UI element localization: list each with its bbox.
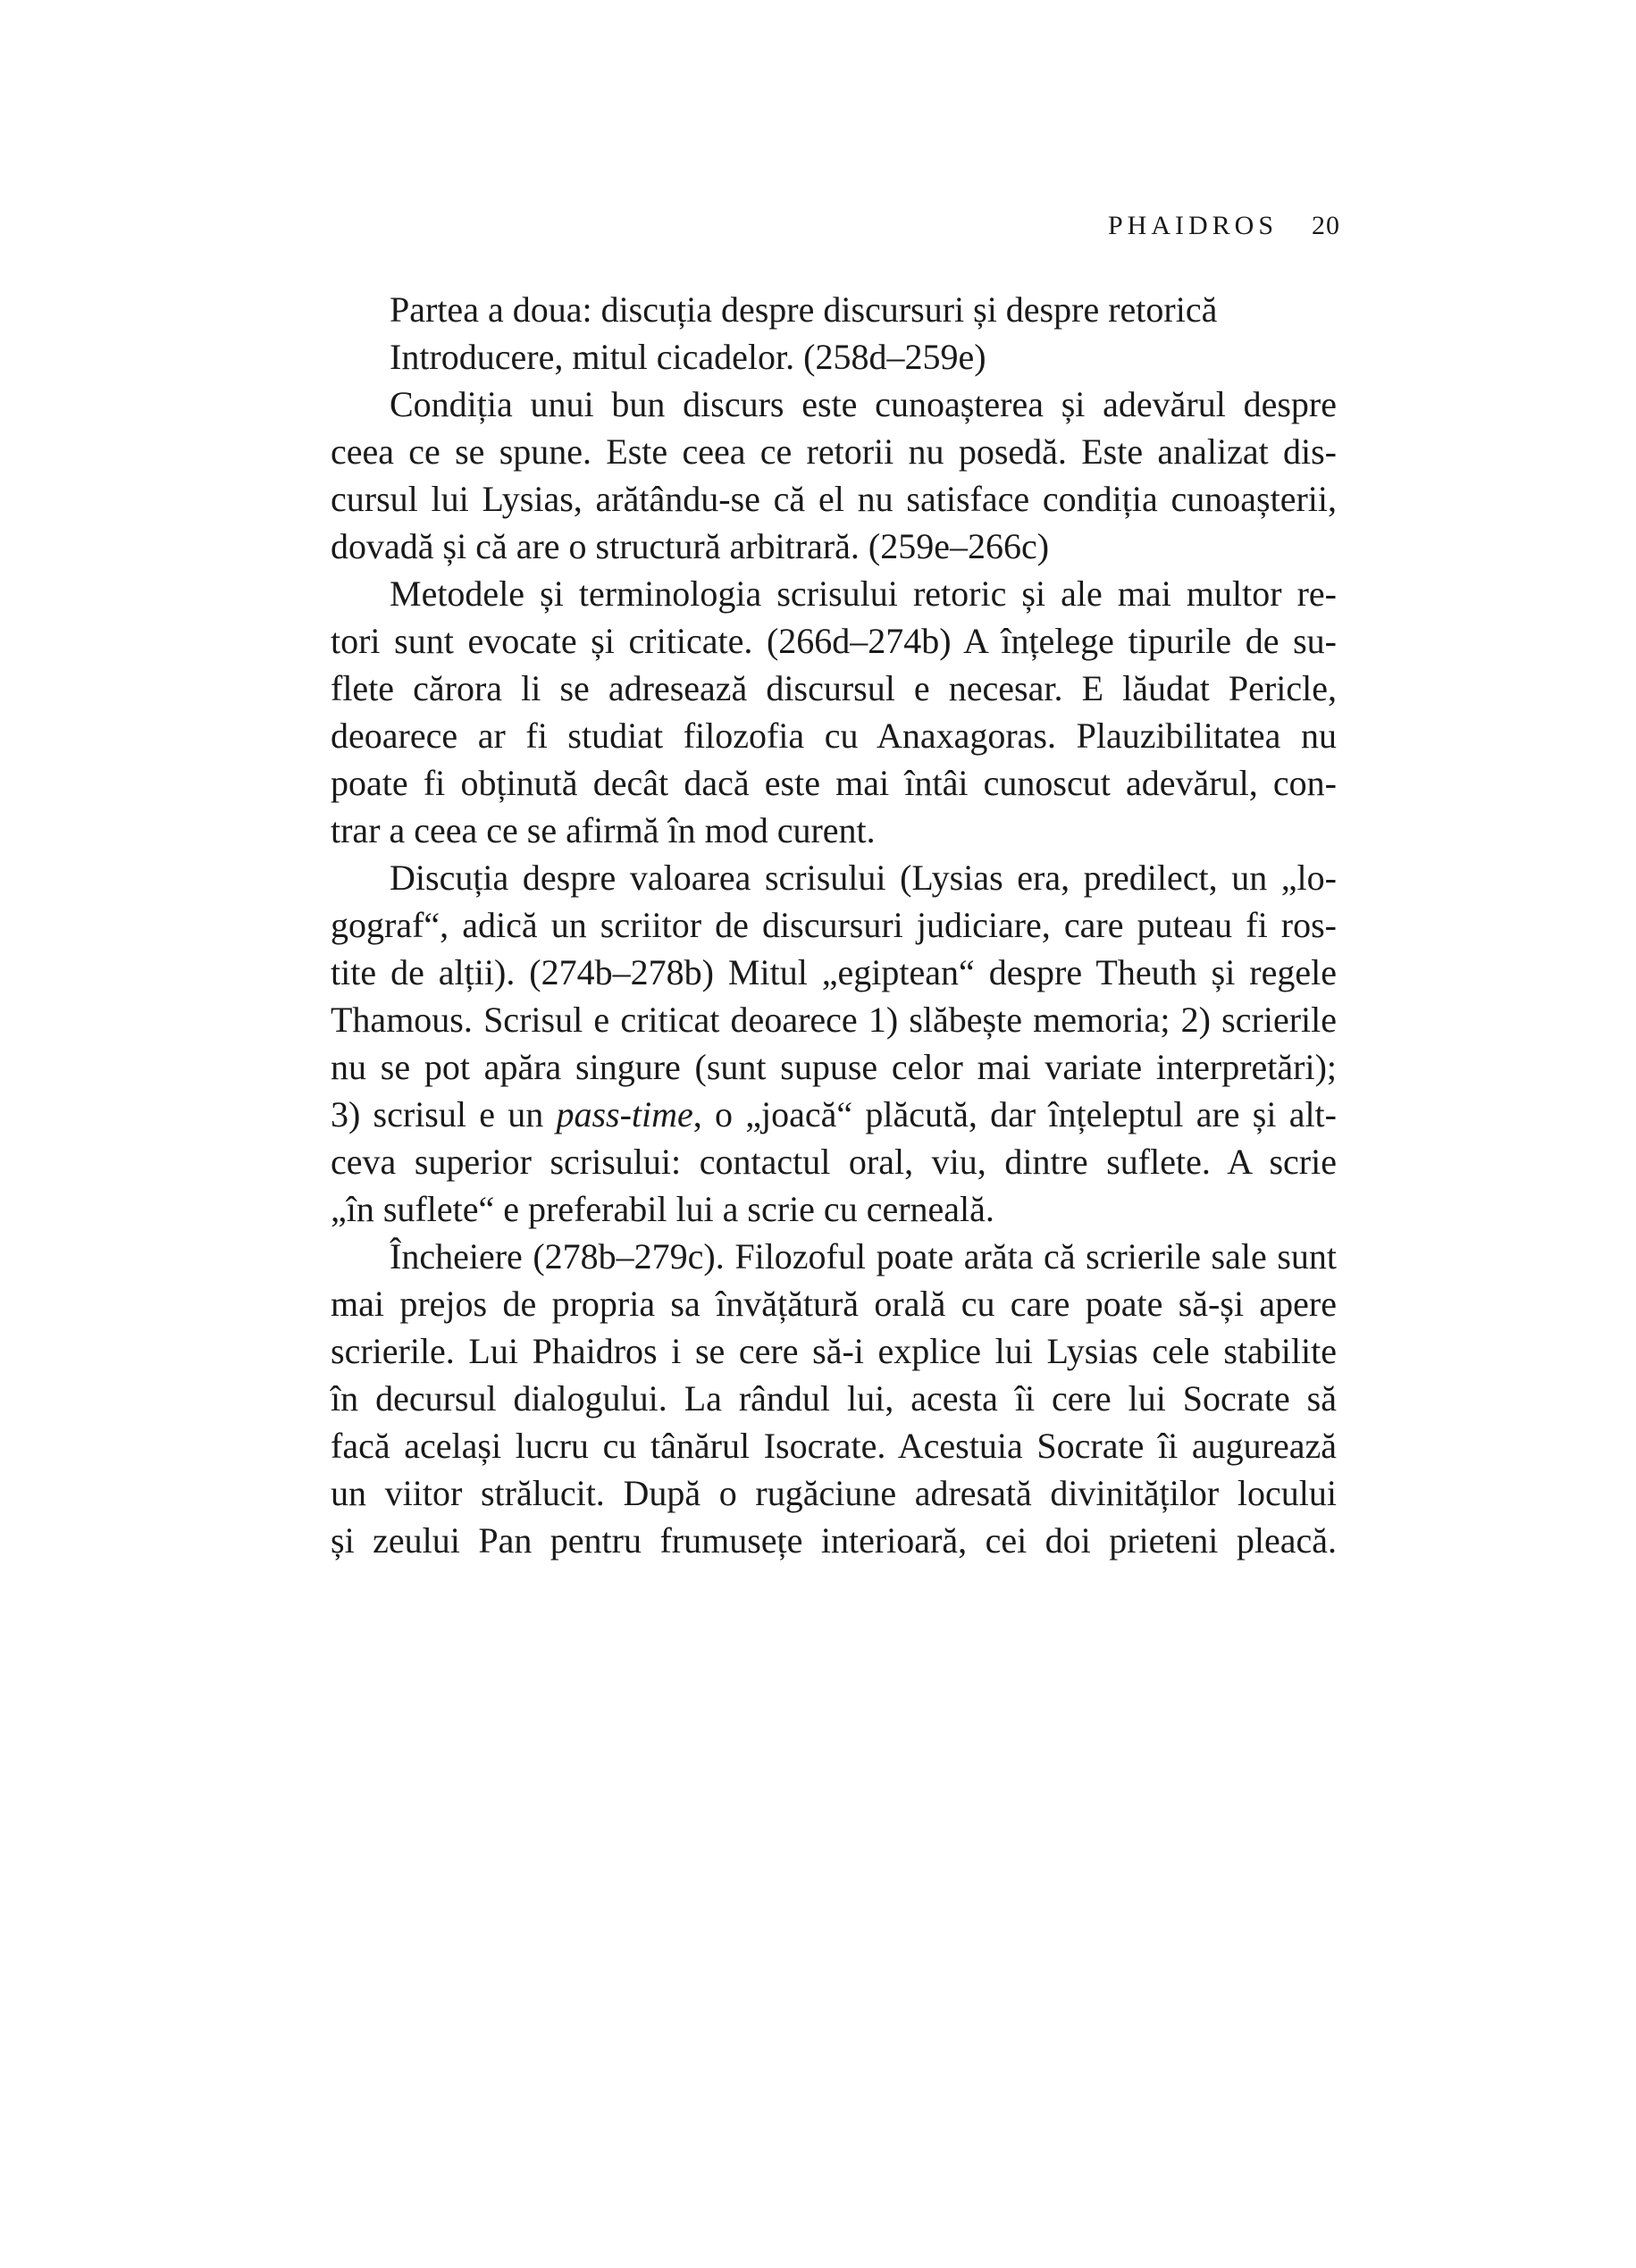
text-line: tite de alții). (274b–278b) Mitul „egipt… xyxy=(331,949,1337,996)
text-line: gograf“, adică un scriitor de discursuri… xyxy=(331,901,1337,949)
text-line: Condiția unui bun discurs este cunoașter… xyxy=(331,381,1337,428)
text-line: nu se pot apăra singure (sunt supuse cel… xyxy=(331,1043,1337,1091)
text-line: deoarece ar fi studiat filozofia cu Anax… xyxy=(331,712,1337,759)
text-line: Introducere, mitul cicadelor. (258d–259e… xyxy=(331,333,1337,381)
text-line: Discuția despre valoarea scrisului (Lysi… xyxy=(331,854,1337,901)
text-line: tori sunt evocate și criticate. (266d–27… xyxy=(331,617,1337,665)
book-page: PHAIDROS20 Partea a doua: discuția despr… xyxy=(0,0,1636,2268)
text-line: ceva superior scrisului: contactul oral,… xyxy=(331,1138,1337,1185)
text-line: facă același lucru cu tânărul Isocrate. … xyxy=(331,1422,1337,1469)
text-line: Metodele și terminologia scrisului retor… xyxy=(331,570,1337,617)
text-segment: , o „joacă“ plăcută, dar înțeleptul are … xyxy=(693,1094,1337,1134)
running-head-title: PHAIDROS xyxy=(1108,211,1278,240)
text-line-with-italic: 3) scrisul e un pass-time, o „joacă“ plă… xyxy=(331,1091,1337,1138)
introduction: Introducere, mitul cicadelor. (258d–259e… xyxy=(331,333,1337,381)
condition-paragraph: Condiția unui bun discurs este cunoașter… xyxy=(331,381,1337,570)
text-line: dovadă și că are o structură arbitrară. … xyxy=(331,523,1337,570)
methods-paragraph: Metodele și terminologia scrisului retor… xyxy=(331,570,1337,854)
part-two-heading: Partea a doua: discuția despre discursur… xyxy=(331,286,1337,333)
text-line: trar a ceea ce se afirmă în mod curent. xyxy=(331,807,1337,854)
text-segment: 3) scrisul e un xyxy=(331,1094,556,1134)
italic-term: pass-time xyxy=(556,1094,692,1134)
text-line: un viitor strălucit. După o rugăciune ad… xyxy=(331,1469,1337,1517)
text-line: în decursul dialogului. La rândul lui, a… xyxy=(331,1375,1337,1422)
text-line: și zeului Pan pentru frumusețe interioar… xyxy=(331,1517,1337,1564)
text-line: scrierile. Lui Phaidros i se cere să-i e… xyxy=(331,1327,1337,1375)
text-line: Thamous. Scrisul e criticat deoarece 1) … xyxy=(331,996,1337,1043)
text-line: ceea ce se spune. Este ceea ce retorii n… xyxy=(331,428,1337,475)
text-line: flete cărora li se adresează discursul e… xyxy=(331,665,1337,712)
text-line: Partea a doua: discuția despre discursur… xyxy=(331,286,1337,333)
text-line: mai prejos de propria sa învățătură oral… xyxy=(331,1280,1337,1327)
page-number: 20 xyxy=(1312,211,1340,240)
writing-paragraph: Discuția despre valoarea scrisului (Lysi… xyxy=(331,854,1337,1233)
text-line: „în suflete“ e preferabil lui a scrie cu… xyxy=(331,1185,1337,1233)
text-line: poate fi obținută decât dacă este mai în… xyxy=(331,759,1337,807)
text-line: Încheiere (278b–279c). Filozoful poate a… xyxy=(331,1233,1337,1280)
running-head: PHAIDROS20 xyxy=(1054,211,1340,241)
text-line: cursul lui Lysias, arătându-se că el nu … xyxy=(331,475,1337,523)
body-text: Partea a doua: discuția despre discursur… xyxy=(331,286,1337,1564)
conclusion-paragraph: Încheiere (278b–279c). Filozoful poate a… xyxy=(331,1233,1337,1564)
